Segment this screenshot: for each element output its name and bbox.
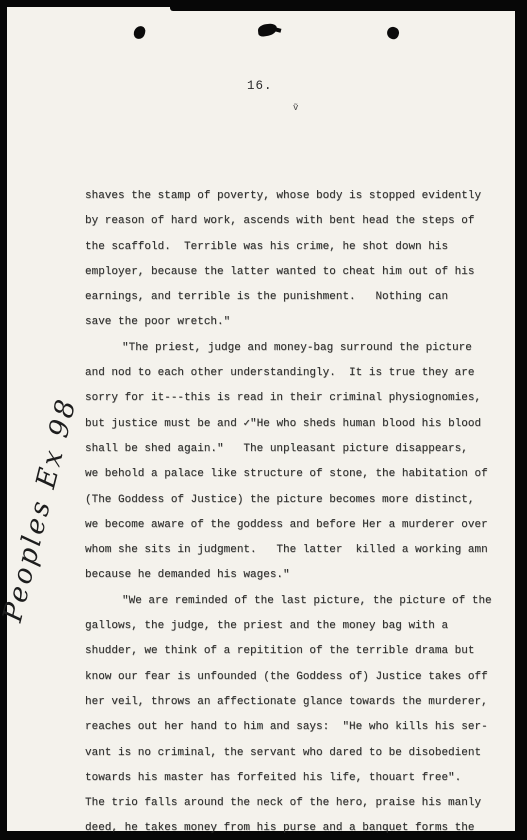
scanned-document-page: 16. ṽ Peoples Ex 98 shaves the stamp of … [0,0,527,840]
text-line: save the poor wretch." [85,310,497,335]
text-line: by reason of hard work, ascends with ben… [85,209,497,234]
ink-blob [133,25,146,40]
page-number: 16. [247,79,273,93]
text-line: shudder, we think of a repitition of the… [85,639,497,664]
ink-blob [385,25,401,41]
text-line: know our fear is unfounded (the Goddess … [85,665,497,690]
text-line: "The priest, judge and money-bag surroun… [85,336,497,361]
scan-border-right [515,0,527,840]
scan-border-left [0,0,7,840]
scan-border-top-thick [170,0,527,11]
text-line: deed, he takes money from his purse and … [85,816,497,840]
text-line: but justice must be and ✓"He who sheds h… [85,412,497,437]
text-line: her veil, throws an affectionate glance … [85,690,497,715]
ink-blob [257,23,277,37]
text-line: because he demanded his wages." [85,563,497,588]
text-line: earnings, and terrible is the punishment… [85,285,497,310]
handwritten-exhibit-note: Peoples Ex 98 [0,387,85,631]
text-line: shall be shed again." The unpleasant pic… [85,437,497,462]
text-line: (The Goddess of Justice) the picture bec… [85,488,497,513]
text-line: vant is no criminal, the servant who dar… [85,741,497,766]
text-line: employer, because the latter wanted to c… [85,260,497,285]
text-line: we behold a palace like structure of sto… [85,462,497,487]
text-line: we become aware of the goddess and befor… [85,513,497,538]
text-line: towards his master has forfeited his lif… [85,766,497,791]
text-line: The trio falls around the neck of the he… [85,791,497,816]
text-line: shaves the stamp of poverty, whose body … [85,184,497,209]
text-line: "We are reminded of the last picture, th… [85,589,497,614]
text-line: reaches out her hand to him and says: "H… [85,715,497,740]
text-line: and nod to each other understandingly. I… [85,361,497,386]
typed-text: shaves the stamp of poverty, whose body … [85,184,497,840]
text-line: the scaffold. Terrible was his crime, he… [85,235,497,260]
stray-mark: ṽ [293,103,298,113]
text-line: sorry for it---this is read in their cri… [85,386,497,411]
text-line: whom she sits in judgment. The latter ki… [85,538,497,563]
text-line: gallows, the judge, the priest and the m… [85,614,497,639]
